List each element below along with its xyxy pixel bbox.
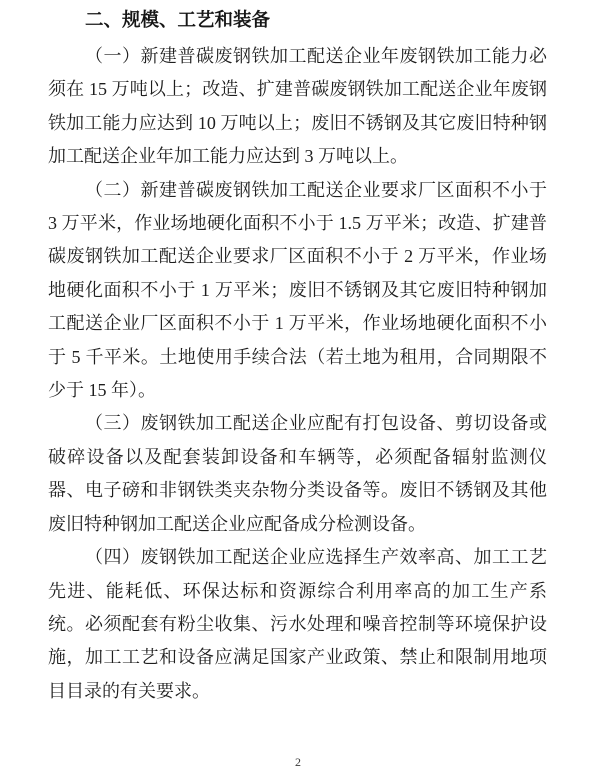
- paragraph-4: （四）废钢铁加工配送企业应选择生产效率高、加工工艺先进、能耗低、环保达标和资源综…: [48, 541, 547, 708]
- page-content: 二、规模、工艺和装备 （一）新建普碳废钢铁加工配送企业年废钢铁加工能力必须在 1…: [0, 0, 596, 708]
- paragraph-1: （一）新建普碳废钢铁加工配送企业年废钢铁加工能力必须在 15 万吨以上；改造、扩…: [48, 40, 547, 174]
- section-heading: 二、规模、工艺和装备: [48, 7, 547, 33]
- paragraph-2: （二）新建普碳废钢铁加工配送企业要求厂区面积不小于 3 万平米，作业场地硬化面积…: [48, 174, 547, 408]
- page-footer: 2: [0, 753, 596, 771]
- page-number: 2: [295, 755, 301, 769]
- paragraph-3: （三）废钢铁加工配送企业应配有打包设备、剪切设备或破碎设备以及配套装卸设备和车辆…: [48, 407, 547, 541]
- document-page: 二、规模、工艺和装备 （一）新建普碳废钢铁加工配送企业年废钢铁加工能力必须在 1…: [0, 0, 596, 779]
